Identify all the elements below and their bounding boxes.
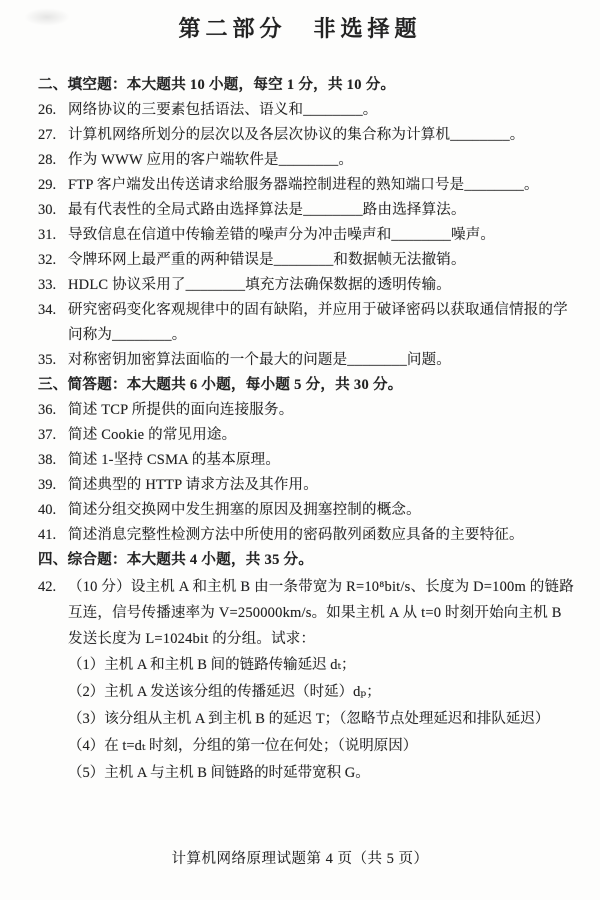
question-42: 42. （10 分）设主机 A 和主机 B 由一条带宽为 R=10⁸bit/s、… (38, 574, 576, 652)
question-text: 作为 WWW 应用的客户端软件是________。 (68, 148, 576, 173)
question-36: 36. 简述 TCP 所提供的面向连接服务。 (38, 398, 576, 423)
page-title: 第二部分 非选择题 (0, 0, 600, 43)
question-number: 34. (38, 298, 68, 348)
exam-paper-page: 第二部分 非选择题 二、填空题：本大题共 10 小题，每空 1 分，共 10 分… (0, 0, 600, 900)
question-number: 30. (38, 198, 68, 223)
question-text: 研究密码变化客观规律中的固有缺陷，并应用于破译密码以获取通信情报的学问称为___… (68, 298, 576, 348)
question-42-subitems: （1）主机 A 和主机 B 间的链路传输延迟 dₜ； （2）主机 A 发送该分组… (68, 652, 576, 787)
question-text: 简述 TCP 所提供的面向连接服务。 (68, 398, 576, 423)
question-text: 计算机网络所划分的层次以及各层次协议的集合称为计算机________。 (68, 123, 576, 148)
question-text: 最有代表性的全局式路由选择算法是________路由选择算法。 (68, 198, 576, 223)
question-text: 简述消息完整性检测方法中所使用的密码散列函数应具备的主要特征。 (68, 523, 576, 548)
question-number: 32. (38, 248, 68, 273)
question-41: 41. 简述消息完整性检测方法中所使用的密码散列函数应具备的主要特征。 (38, 523, 576, 548)
question-30: 30. 最有代表性的全局式路由选择算法是________路由选择算法。 (38, 198, 576, 223)
question-32: 32. 令牌环网上最严重的两种错误是________和数据帧无法撤销。 (38, 248, 576, 273)
question-text: （10 分）设主机 A 和主机 B 由一条带宽为 R=10⁸bit/s、长度为 … (68, 574, 576, 652)
question-number: 35. (38, 348, 68, 373)
question-number: 31. (38, 223, 68, 248)
question-29: 29. FTP 客户端发出传送请求给服务器端控制进程的熟知端口号是_______… (38, 173, 576, 198)
question-34: 34. 研究密码变化客观规律中的固有缺陷，并应用于破译密码以获取通信情报的学问称… (38, 298, 576, 348)
question-text: 简述典型的 HTTP 请求方法及其作用。 (68, 473, 576, 498)
question-27: 27. 计算机网络所划分的层次以及各层次协议的集合称为计算机________。 (38, 123, 576, 148)
subquestion-5: （5）主机 A 与主机 B 间链路的时延带宽积 G。 (68, 760, 576, 787)
subquestion-1: （1）主机 A 和主机 B 间的链路传输延迟 dₜ； (68, 652, 576, 679)
question-number: 36. (38, 398, 68, 423)
question-number: 38. (38, 448, 68, 473)
question-number: 39. (38, 473, 68, 498)
subquestion-4: （4）在 t=dₜ 时刻，分组的第一位在何处；（说明原因） (68, 733, 576, 760)
question-text: 导致信息在信道中传输差错的噪声分为冲击噪声和________噪声。 (68, 223, 576, 248)
question-40: 40. 简述分组交换网中发生拥塞的原因及拥塞控制的概念。 (38, 498, 576, 523)
subquestion-2: （2）主机 A 发送该分组的传播延迟（时延）dₚ； (68, 679, 576, 706)
page-footer: 计算机网络原理试题第 4 页（共 5 页） (0, 847, 600, 868)
question-text: 对称密钥加密算法面临的一个最大的问题是________问题。 (68, 348, 576, 373)
question-number: 40. (38, 498, 68, 523)
question-28: 28. 作为 WWW 应用的客户端软件是________。 (38, 148, 576, 173)
question-number: 37. (38, 423, 68, 448)
question-number: 29. (38, 173, 68, 198)
question-number: 27. (38, 123, 68, 148)
question-31: 31. 导致信息在信道中传输差错的噪声分为冲击噪声和________噪声。 (38, 223, 576, 248)
section-heading-comprehensive: 四、综合题：本大题共 4 小题，共 35 分。 (38, 548, 576, 573)
exam-content: 二、填空题：本大题共 10 小题，每空 1 分，共 10 分。 26. 网络协议… (0, 43, 600, 787)
question-38: 38. 简述 1-坚持 CSMA 的基本原理。 (38, 448, 576, 473)
question-35: 35. 对称密钥加密算法面临的一个最大的问题是________问题。 (38, 348, 576, 373)
question-39: 39. 简述典型的 HTTP 请求方法及其作用。 (38, 473, 576, 498)
section-heading-fill-in-blanks: 二、填空题：本大题共 10 小题，每空 1 分，共 10 分。 (38, 73, 576, 98)
question-text: 简述分组交换网中发生拥塞的原因及拥塞控制的概念。 (68, 498, 576, 523)
question-text: FTP 客户端发出传送请求给服务器端控制进程的熟知端口号是________。 (68, 173, 576, 198)
question-number: 26. (38, 98, 68, 123)
question-number: 33. (38, 273, 68, 298)
question-number: 28. (38, 148, 68, 173)
question-37: 37. 简述 Cookie 的常见用途。 (38, 423, 576, 448)
question-26: 26. 网络协议的三要素包括语法、语义和________。 (38, 98, 576, 123)
question-number: 41. (38, 523, 68, 548)
question-text: 令牌环网上最严重的两种错误是________和数据帧无法撤销。 (68, 248, 576, 273)
question-text: HDLC 协议采用了________填充方法确保数据的透明传输。 (68, 273, 576, 298)
question-text: 网络协议的三要素包括语法、语义和________。 (68, 98, 576, 123)
question-33: 33. HDLC 协议采用了________填充方法确保数据的透明传输。 (38, 273, 576, 298)
question-number: 42. (38, 574, 68, 652)
section-comprehensive: 四、综合题：本大题共 4 小题，共 35 分。 42. （10 分）设主机 A … (38, 548, 576, 787)
question-text: 简述 Cookie 的常见用途。 (68, 423, 576, 448)
subquestion-3: （3）该分组从主机 A 到主机 B 的延迟 T；（忽略节点处理延迟和排队延迟） (68, 706, 576, 733)
section-heading-short-answer: 三、简答题：本大题共 6 小题，每小题 5 分，共 30 分。 (38, 373, 576, 398)
question-text: 简述 1-坚持 CSMA 的基本原理。 (68, 448, 576, 473)
